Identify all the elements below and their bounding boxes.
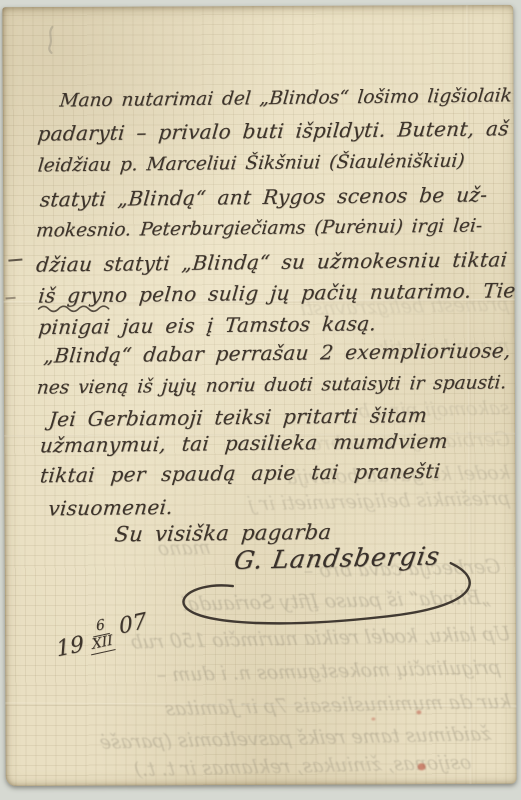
scanned-letter-page: pranešti beligzravnsti mano kaip tik sak… [0, 0, 521, 800]
letter-line: padaryti – privalo buti išpildyti. Buten… [36, 115, 510, 146]
letter-line: džiau statyti „Blindą“ su užmokesniu tik… [35, 246, 509, 277]
date-fraction: 6 XII [87, 616, 115, 655]
letter-line: statyti „Blindą“ ant Rygos scenos be už- [39, 181, 489, 212]
letter-line: užmanymui, tai pasilieka mumdviem [39, 428, 449, 459]
bleedthrough-line: žaidimus tame reikš pasveltomis (parašė [61, 723, 493, 754]
letter-line: leidžiau p. Marceliui Šikšniui (Šiaulėni… [37, 149, 466, 180]
margin-dash [8, 259, 22, 262]
date-day: 19 [55, 631, 85, 662]
bleedthrough-line: osijonas, žiniukas, reklamas ir t. t.) [91, 752, 473, 782]
letter-line: pinigai jau eis į Tamstos kasą. [37, 310, 377, 340]
red-ink-speck [371, 717, 375, 720]
wavy-underline [37, 304, 115, 313]
pencil-smudge [44, 25, 58, 55]
letter-body: Mano nutarimai del „Blindos“ lošimo ligš… [2, 5, 513, 7]
letter-line: nes vieną iš jųjų noriu duoti sutaisyti … [36, 370, 508, 401]
letter-line: mokesnio. Peterburgiečiams (Purėnui) irg… [35, 213, 483, 244]
bleedthrough-line: priešinkis beligierunieti ir j [149, 488, 511, 518]
signature-flourish [155, 553, 485, 642]
bleedthrough-line: prigulinčių mokestgumos n. i dum – [30, 657, 502, 689]
letter-paper: pranešti beligzravnsti mano kaip tik sak… [2, 5, 516, 786]
letter-line: Mano nutarimai del „Blindos“ lošimo ligš… [58, 83, 513, 114]
closing-line: Su visiška pagarba [113, 519, 332, 547]
letter-line: visuomenei. [47, 494, 174, 521]
letter-line: „Blindą“ dabar perrašau 2 exemplioriuose… [42, 337, 512, 368]
date-year: 07 [118, 608, 148, 639]
bleedthrough-layer: pranešti beligzravnsti mano kaip tik sak… [2, 5, 513, 7]
red-ink-speck [418, 763, 426, 770]
red-ink-speck [416, 710, 421, 714]
letter-line: tiktai per spaudą apie tai pranešti [39, 458, 442, 489]
margin-dash [6, 297, 16, 300]
